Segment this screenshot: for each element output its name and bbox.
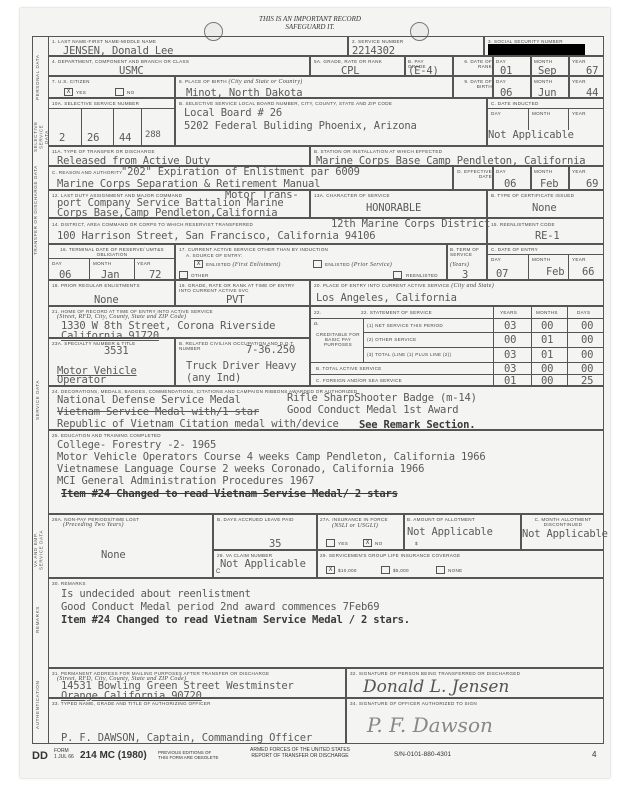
value-specialty-number: 3531 xyxy=(104,346,129,357)
field-1-name: 1. Last name-first name-middle name JENS… xyxy=(48,36,348,56)
currency-symbol: $ xyxy=(415,541,418,546)
field-2-service-number: 2. Service number 2214302 xyxy=(348,36,484,56)
section-transfer-discharge: Transfer or Discharge Data xyxy=(33,160,47,260)
education-line: College- Forestry -2- 1965 xyxy=(57,440,216,451)
label-insurance: 27a. Insurance in force xyxy=(320,517,388,522)
label-place-of-entry: 20. Place of entry into current active s… xyxy=(314,283,450,288)
remark-line: Is undecided about reenlistment xyxy=(61,589,251,600)
field-11c-reason: c. Reason and authority "202" Expiration… xyxy=(48,166,453,190)
value-prior-enlistments: None xyxy=(94,295,119,306)
value-service-number: 2214302 xyxy=(352,46,395,57)
label-insurance-yes: Yes xyxy=(338,541,348,546)
footer-copy-number: 4 xyxy=(592,750,596,759)
col-months: Months xyxy=(536,310,558,315)
field-10a-selective-number: 10a. Selective service number 2 26 44 28… xyxy=(48,98,175,146)
label-source-of-entry: a. Source of entry: xyxy=(186,253,242,258)
value-transfer-type: Released from Active Duty xyxy=(57,156,210,167)
value-place-of-birth: Minot, North Dakota xyxy=(186,88,302,99)
row-foreign-label: c. Foreign and/or sea service xyxy=(316,378,402,383)
label-enlisted-first: Enlisted xyxy=(206,262,231,267)
education-line-struck: Item #24 Changed to read Vietnam Servise… xyxy=(61,489,398,500)
field-19-grade-at-entry: 19. Grade, rate or rank at time of entry… xyxy=(175,280,310,306)
other-months: 01 xyxy=(541,335,553,346)
value-character: HONORABLE xyxy=(366,203,421,214)
row-total-active-label: b. Total active service xyxy=(316,366,382,371)
value-terminal-day: 06 xyxy=(59,270,71,281)
value-name: JENSEN, Donald Lee xyxy=(63,46,173,57)
field-20-place-of-entry: 20. Place of entry into current active s… xyxy=(310,280,604,306)
footer-prev2: THIS FORM ARE OBSOLETE xyxy=(158,755,219,760)
head-year: Year xyxy=(572,59,586,64)
label-reenlisted: Reenlisted xyxy=(406,273,438,278)
insurance-yes-checkbox[interactable] xyxy=(326,539,335,547)
label-district: 14. District, area command or corps to w… xyxy=(52,222,253,227)
label-citizen-yes: Yes xyxy=(76,90,86,95)
value-date-inducted: Not Applicable xyxy=(488,130,574,141)
dob-day: Day 06 xyxy=(493,76,531,98)
signature-donald-jensen: Donald L. Jensen xyxy=(363,677,509,697)
field-29-sgli: 29. Servicemen's group life insurance co… xyxy=(317,550,604,578)
section-remarks: Remarks xyxy=(35,590,41,650)
value-place-of-entry: Los Angeles, California xyxy=(316,293,457,304)
remark-line: Good Conduct Medal period 2nd award comm… xyxy=(61,602,379,613)
row-net-service-label: (1) Net service this period xyxy=(367,323,443,328)
value-rank-month: Sep xyxy=(538,66,556,77)
note-enlisted-first: (First Enlistment) xyxy=(232,262,280,268)
label-certificate: b. Type of certificate issued xyxy=(491,193,574,198)
label-sgli-5000: $5,000 xyxy=(393,568,409,573)
label-date-of-entry: c. Date of entry xyxy=(491,247,538,252)
label-sgli-none: None xyxy=(448,568,462,573)
field-3-ssn: 3. Social security number xyxy=(484,36,604,56)
selective-part-4: 288 xyxy=(145,131,161,140)
label-citizen-no: No xyxy=(127,90,135,95)
foreign-years: 01 xyxy=(504,376,516,387)
value-effective-month: Feb xyxy=(540,179,558,190)
value-allotment: Not Applicable xyxy=(407,527,493,538)
field-27b-allotment: b. Amount of allotment Not Applicable $ xyxy=(404,514,521,550)
value-civilian-2: (any Ind) xyxy=(186,373,241,384)
field-33-authorizing-officer: 33. Typed name, grade and title of autho… xyxy=(48,698,346,744)
field-21-home-of-record: 21. Home of record at time of entry into… xyxy=(48,306,310,338)
date-of-rank-year: Year 67 xyxy=(569,56,604,76)
section-service-data: Service Data xyxy=(35,300,41,500)
row-total-label: (3) TOTAL (Line (1) plus Line (2)) xyxy=(367,352,451,357)
label-prior-enlistments: 18. Prior regular enlistments xyxy=(52,283,140,288)
value-dob-month: Jun xyxy=(538,88,556,99)
label-local-board: b. Selective service local board number,… xyxy=(179,101,392,106)
active-months: 00 xyxy=(541,364,553,375)
ssn-redaction xyxy=(488,44,585,55)
value-decoration-1a: National Defense Service Medal xyxy=(57,395,241,406)
col-days: Days xyxy=(577,310,590,315)
label-leave-paid: b. Days accrued leave paid xyxy=(217,517,294,522)
label-term: b. Term of service xyxy=(450,247,480,257)
label-dob: 9. Date of birth xyxy=(456,79,492,89)
value-station: Marine Corps Base Camp Pendleton, Califo… xyxy=(316,156,585,167)
header-line1: THIS IS AN IMPORTANT RECORD xyxy=(180,15,440,23)
value-term: 3 xyxy=(462,270,468,281)
value-certificate: None xyxy=(532,203,557,214)
head-month: Month xyxy=(532,257,550,262)
field-4-department: 4. Department, component and branch or c… xyxy=(48,56,310,76)
field-23b-civilian-occupation: b. Related civilian occupation and D.O.T… xyxy=(175,338,310,386)
field-11b-station: b. Station or installation at which effe… xyxy=(310,146,604,166)
selective-part-1: 2 xyxy=(59,133,65,144)
field-5a-grade: 5a. Grade, rate or rank CPL xyxy=(310,56,405,76)
label-date-of-rank: 6. Date of rank xyxy=(456,59,492,69)
sgli-5000-checkbox[interactable] xyxy=(381,566,390,574)
head-year: Year xyxy=(572,257,586,262)
footer-date: 1 JUL 66 xyxy=(54,755,74,761)
label-creditable: Creditable for basic pay purposes xyxy=(314,332,362,347)
date-of-rank-day: Day 01 xyxy=(493,56,531,76)
label-remarks: 30. Remarks xyxy=(52,581,86,586)
education-line: MCI General Administration Procedures 19… xyxy=(57,476,314,487)
section-selective-service: Selective Service Data xyxy=(33,117,47,157)
field-11a-transfer-type: 11a. Type of transfer or discharge Relea… xyxy=(48,146,310,166)
value-last-duty-3: Corps Base,Camp Pendleton,California xyxy=(57,208,277,219)
field-26a-non-pay-periods: 26a. Non-pay periods/time lost (Precedin… xyxy=(48,514,213,578)
value-rank-day: 01 xyxy=(500,66,512,77)
value-see-remark: See Remark Section. xyxy=(359,420,475,431)
selective-part-3: 44 xyxy=(119,133,131,144)
total-days: 00 xyxy=(581,350,593,361)
label-terminal-date: 16. Terminal date of reserve/ UMT&S obli… xyxy=(52,247,172,257)
field-17c-date-of-entry: c. Date of entry Day Month Year 07 Feb 6… xyxy=(487,244,604,280)
reenlisted-checkbox[interactable] xyxy=(393,271,402,279)
field-10b-local-board: b. Selective service local board number,… xyxy=(175,98,487,146)
note-term: (Years) xyxy=(450,262,469,268)
foreign-days: 25 xyxy=(581,376,593,387)
effective-month: Month Feb xyxy=(531,166,569,190)
label-service-number: 2. Service number xyxy=(352,39,403,44)
value-district-2: 100 Harrison Street, San Francisco, Cali… xyxy=(57,231,375,242)
education-line: Vietnamese Language Course 2 weeks Coron… xyxy=(57,464,424,475)
field-17a-source-of-entry: 17. Current active service other than by… xyxy=(175,244,447,280)
label-current-service: 17. Current active service other than by… xyxy=(179,247,328,252)
citizen-yes-checkbox[interactable]: X xyxy=(64,88,73,96)
note-place-of-entry: (City and State) xyxy=(451,283,494,289)
head-year: Year xyxy=(137,261,151,266)
label-transfer-type: 11a. Type of transfer or discharge xyxy=(52,149,155,154)
label-allotment-discontinued: c. Month allotment discontinued xyxy=(524,517,602,527)
value-dob-day: 06 xyxy=(500,88,512,99)
enlisted-first-checkbox[interactable]: X xyxy=(194,260,203,268)
field-25-education: 25. Education and training completed Col… xyxy=(48,430,604,514)
note-non-pay: (Preceding Two Years) xyxy=(63,522,124,528)
field-7-citizen: 7. U.S. Citizen X Yes No xyxy=(48,76,175,98)
dob-year: Year 44 xyxy=(569,76,604,98)
value-authorizing-officer: P. F. DAWSON, Captain, Commanding Office… xyxy=(61,733,312,744)
label-station: b. Station or installation at which effe… xyxy=(314,149,442,154)
field-8-place-of-birth: 8. Place of birth (City and State or Cou… xyxy=(175,76,453,98)
value-local-board-1: Local Board # 26 xyxy=(184,108,282,119)
field-32-signature: 32. Signature of person being transferre… xyxy=(346,668,604,698)
value-civilian-1: Truck Driver Heavy xyxy=(186,361,296,372)
head-month: Month xyxy=(534,79,552,84)
field-28-va-claim: 28. VA claim number C Not Applicable xyxy=(213,550,317,578)
value-entry-year: 66 xyxy=(582,267,594,278)
value-decoration-1b: Rifle SharpShooter Badge (m-14) xyxy=(287,393,477,404)
enlisted-prior-checkbox[interactable] xyxy=(313,260,322,268)
value-local-board-2: 5202 Federal Buliding Phoenix, Arizona xyxy=(184,121,417,132)
label-enlisted-prior: Enlisted xyxy=(325,262,350,267)
footer-sn: S/N-0101-880-4301 xyxy=(394,751,451,758)
label-other: Other xyxy=(191,273,209,278)
value-reason-1: "202" Expiration of Enlistment par 6009 xyxy=(121,167,360,178)
field-17b-term: b. Term of service (Years) 3 xyxy=(447,244,487,280)
value-specialty-2: Operator xyxy=(57,375,106,386)
note-insurance: (NSLI or USGLI) xyxy=(332,523,378,529)
value-grade: CPL xyxy=(341,66,359,77)
net-days: 00 xyxy=(581,321,593,332)
label-place-of-birth: 8. Place of birth xyxy=(179,79,227,84)
field-12-last-duty: 12. Last duty assignment and major comma… xyxy=(48,190,310,218)
selective-part-2: 26 xyxy=(87,133,99,144)
signature-officer: P. F. Dawson xyxy=(367,713,493,737)
form-footer: DD FORM1 JUL 66 214 MC (1980) PREVIOUS E… xyxy=(32,748,612,768)
sgli-none-checkbox[interactable] xyxy=(436,566,445,574)
date-of-rank-month: Month Sep xyxy=(531,56,569,76)
value-leave-paid: 35 xyxy=(269,539,281,550)
value-pay-grade: (E-4) xyxy=(408,66,439,77)
label-grade: 5a. Grade, rate or rank xyxy=(314,59,382,64)
value-dot-number: 7-36.250 xyxy=(246,345,295,356)
section-personal-data: Personal Data xyxy=(35,40,41,115)
head-day: Day xyxy=(491,111,501,116)
field-10c-date-inducted: c. Date inducted Day Month Year Not Appl… xyxy=(487,98,604,146)
foreign-months: 00 xyxy=(541,376,553,387)
value-decoration-2a: Vietnam Service Medal with/1 star xyxy=(57,407,259,418)
other-years: 00 xyxy=(504,335,516,346)
col-years: Years xyxy=(500,310,517,315)
value-reenlistment-code: RE-1 xyxy=(535,231,560,242)
field-16-terminal-date: 16. Terminal date of reserve/ UMT&S obli… xyxy=(48,244,175,280)
field-11d-effective-date-label: d. Effective date xyxy=(453,166,493,190)
active-days: 00 xyxy=(581,364,593,375)
field-15-reenlistment-code: 15. Reenlistment code RE-1 xyxy=(487,218,604,244)
label-sgli-10000: $10,000 xyxy=(338,568,357,573)
head-day: Day xyxy=(52,261,62,266)
total-years: 03 xyxy=(504,350,516,361)
field-18-prior-enlistments: 18. Prior regular enlistments None xyxy=(48,280,175,306)
label-education: 25. Education and training completed xyxy=(52,433,161,438)
field-6-date-of-rank-label: 6. Date of rank xyxy=(453,56,493,76)
label-character: 13a. Character of service xyxy=(314,193,390,198)
section-authentication: Authentication xyxy=(35,670,41,740)
field-13b-certificate: b. Type of certificate issued None xyxy=(487,190,604,218)
value-decoration-2b: Good Conduct Medal 1st Award xyxy=(287,405,458,416)
field-31-permanent-address: 31. Permanent address for mailing purpos… xyxy=(48,668,346,698)
value-va-claim: Not Applicable xyxy=(220,559,306,570)
section-va-emp: VA and Emp. Service Data xyxy=(33,520,47,580)
footer-title2: REPORT OF TRANSFER OR DISCHARGE xyxy=(250,754,350,760)
label-authorizing-officer: 33. Typed name, grade and title of autho… xyxy=(52,701,211,706)
label-effective-date: d. Effective date xyxy=(456,169,492,179)
footer-form-number: 214 MC (1980) xyxy=(80,750,147,761)
head-year: Year xyxy=(572,111,586,116)
label-insurance-no: No xyxy=(375,541,383,546)
sgli-10000-checkbox[interactable]: X xyxy=(326,566,335,574)
net-years: 03 xyxy=(504,321,516,332)
value-decoration-3a: Republic of Vietnam Citation medal with/… xyxy=(57,419,339,430)
field-9-dob-label: 9. Date of birth xyxy=(453,76,493,98)
value-non-pay: None xyxy=(101,550,126,561)
value-rank-year: 67 xyxy=(586,66,598,77)
note-enlisted-prior: (Prior Service) xyxy=(351,262,392,268)
other-checkbox[interactable] xyxy=(179,271,188,279)
head-year: Year xyxy=(572,169,586,174)
label-date-inducted: c. Date inducted xyxy=(491,101,539,106)
value-effective-day: 06 xyxy=(504,179,516,190)
head-year: Year xyxy=(572,79,586,84)
value-dob-year: 44 xyxy=(586,88,598,99)
net-months: 00 xyxy=(541,321,553,332)
value-terminal-year: 72 xyxy=(149,270,161,281)
label-statement-of-service: 22. Statement of service xyxy=(361,310,432,315)
insurance-no-checkbox[interactable]: X xyxy=(363,539,372,547)
value-terminal-month: Jan xyxy=(101,270,119,281)
label-citizen: 7. U.S. Citizen xyxy=(52,79,90,84)
footer-dd: DD xyxy=(32,750,48,762)
label-reason: c. Reason and authority xyxy=(52,170,122,175)
field-22-statement-of-service: 22. 22. Statement of service Years Month… xyxy=(310,306,604,386)
total-months: 01 xyxy=(541,350,553,361)
field-5b-pay-grade: b. Pay grade (E-4) xyxy=(405,56,453,76)
value-allotment-discontinued: Not Applicable xyxy=(522,529,608,540)
other-days: 00 xyxy=(581,335,593,346)
field-27c-allotment-discontinued: c. Month allotment discontinued Not Appl… xyxy=(521,514,604,550)
value-effective-year: 69 xyxy=(586,179,598,190)
field-14-district: 14. District, area command or corps to w… xyxy=(48,218,487,244)
label-allotment: b. Amount of allotment xyxy=(407,517,475,522)
label-name: 1. Last name-first name-middle name xyxy=(52,39,156,44)
value-reason-2: Marine Corps Separation & Retirement Man… xyxy=(57,179,320,190)
head-day: Day xyxy=(491,257,501,262)
education-line: Motor Vehicle Operators Course 4 weeks C… xyxy=(57,452,486,463)
value-grade-at-entry: PVT xyxy=(226,295,244,306)
citizen-no-checkbox[interactable] xyxy=(115,88,124,96)
remark-line: Item #24 Changed to read Vietnam Service… xyxy=(61,615,410,626)
head-month: Month xyxy=(534,169,552,174)
head-day: Day xyxy=(496,59,506,64)
head-day: Day xyxy=(496,79,506,84)
value-entry-month: Feb xyxy=(546,267,564,278)
label-signature: 32. Signature of person being transferre… xyxy=(350,671,520,676)
field-34-officer-signature: 34. Signature of officer authorized to s… xyxy=(346,698,604,744)
head-month: Month xyxy=(532,111,550,116)
label-a: a. xyxy=(314,321,319,327)
field-13a-character: 13a. Character of service HONORABLE xyxy=(310,190,487,218)
field-26b-leave-paid: b. Days accrued leave paid 35 xyxy=(213,514,317,550)
label-department: 4. Department, component and branch or c… xyxy=(52,59,189,64)
label-sgli: 29. Servicemen's group life insurance co… xyxy=(320,553,460,558)
note-place-of-birth: (City and State or Country) xyxy=(228,79,302,85)
value-department: USMC xyxy=(119,66,144,77)
field-30-remarks: 30. Remarks Is undecided about reenlistm… xyxy=(48,578,604,668)
head-day: Day xyxy=(496,169,506,174)
label-reenlistment-code: 15. Reenlistment code xyxy=(491,222,555,227)
label-selective-number: 10a. Selective service number xyxy=(52,101,139,106)
effective-day: Day 06 xyxy=(493,166,531,190)
head-month: Month xyxy=(534,59,552,64)
field-27a-insurance: 27a. Insurance in force (NSLI or USGLI) … xyxy=(317,514,404,550)
dob-month: Month Jun xyxy=(531,76,569,98)
effective-year: Year 69 xyxy=(569,166,604,190)
value-entry-day: 07 xyxy=(496,269,508,280)
active-years: 03 xyxy=(504,364,516,375)
head-month: Month xyxy=(93,261,111,266)
field-24-decorations: 24. Decorations, medals, badges, commend… xyxy=(48,386,604,430)
row-other-service-label: (2) Other service xyxy=(367,337,416,342)
field-23a-specialty: 23a. Specialty number & title 3531 Motor… xyxy=(48,338,175,386)
value-district-1: 12th Marine Corps District xyxy=(331,219,490,230)
label-grade-at-entry: 19. Grade, rate or rank at time of entry… xyxy=(179,283,304,293)
label-officer-signature: 34. Signature of officer authorized to s… xyxy=(350,701,477,706)
